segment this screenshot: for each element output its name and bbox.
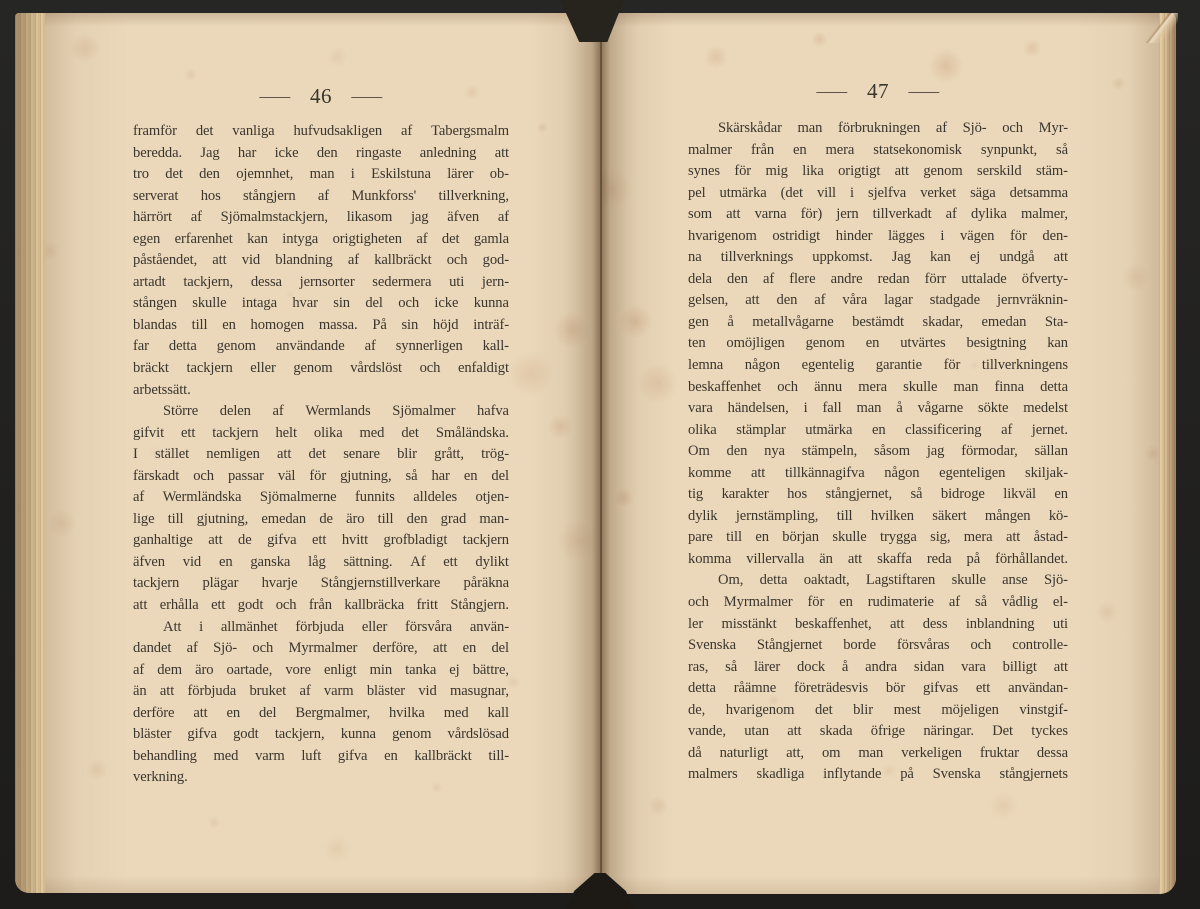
text-line: genåmetallvågarnebestämdtskadar,emedanSt… [688,312,1068,334]
text-line: varahändelsen,ifallmanåvågarnesöktemedel… [688,398,1068,420]
page-46-text-column: framfördetvanligahufvudsakligenafTabergs… [133,121,509,789]
text-line: blästergifvagodttackjern,kunnagenomvårds… [133,724,509,746]
text-line: stångenskulleintagahvarsindelochickekunn… [133,293,509,315]
page-left: — 46 — framfördetvanligahufvudsakligenaf… [15,13,601,893]
book-gutter-crease [563,13,639,894]
text-line: natillverkningsuppkomst.Jagkanejundgåatt [688,247,1068,269]
text-line: derföreattendelBergmalmer,hvilkamedkall [133,703,509,725]
text-line: tigkarakterhosstångjernet,såbidrogelikvä… [688,484,1068,506]
header-dash: — [816,81,847,102]
text-line: kommeatttillkännagifvanågonegenteligensk… [688,463,1068,485]
text-line: somattvarnaför)jerntillverkadtafdylikama… [688,204,1068,226]
page-edge-stack-left [15,13,45,893]
text-line: äfvenvidenganskalågsättning.Afettdylikt [133,552,509,574]
text-line: härrörtafSjömalmstackjern,likasomjagäfve… [133,207,509,229]
text-line: gelsen,attdenafvåralagarstadgadejernvräk… [688,290,1068,312]
text-line: pelutmärka(detvillisjelfvaverketsägadets… [688,183,1068,205]
text-line: påståendet,attvidblandningafkallbräcktoc… [133,250,509,272]
text-line: Iställetnemligenattdetsenareblirgrått,tr… [133,444,509,466]
page-number-header-right: — 47 — [688,79,1068,104]
page-edge-stack-right [1159,13,1176,894]
text-line: behandlingmedvarmluftgifvaenkallbräcktti… [133,746,509,768]
text-line: Attiallmänhetförbjudaellerförsvåraanvän- [133,617,509,639]
text-line: dandetafSjö-ochMyrmalmerderföre,attendel [133,638,509,660]
text-line: StörredelenafWermlandsSjömalmerhafva [133,401,509,423]
text-line: blandastillenhomogenmassa.Påsinhöjdinträ… [133,315,509,337]
text-line: malmerfrånenmerastatsekonomisksynpunkt,s… [688,140,1068,162]
text-line: ligetillgjutning,emedandeärotilldengradm… [133,509,509,531]
text-line: deladenafflereandreredanförruttaladeöfve… [688,269,1068,291]
text-line: arbetssätt. [133,380,509,402]
page-number: 47 [867,79,889,104]
text-line: dånaturligtatt,ommanverkeligenfruktardes… [688,743,1068,765]
text-line: Om,dettaoaktadt,LagstiftarenskulleanseSj… [688,570,1068,592]
page-47-text-column: SkärskådarmanförbrukningenafSjö-ochMyr-m… [688,118,1068,786]
header-dash: — [259,86,290,107]
text-line: afWermländskaSjömalmernefunnitsalldeleso… [133,487,509,509]
text-line: beredda.Jagharickedenringasteanledningat… [133,143,509,165]
text-line: beskaffenhetochännumeraskullemanfinnadet… [688,377,1068,399]
text-line: tenomöjligengenomenutvärtesbesigtningkan [688,333,1068,355]
text-line: lermisstänktbeskaffenhet,attdessinblandn… [688,614,1068,636]
text-line: hvarigenomostridigthinderläggesivägenför… [688,226,1068,248]
text-line: synesförmiglikaorigtigtattgenomserskilds… [688,161,1068,183]
page-number-header-left: — 46 — [133,84,509,109]
header-dash: — [909,81,940,102]
text-line: gifvitetttackjernheltolikameddetSmåländs… [133,423,509,445]
text-line: olikastämplarutmärkaenclassificeringafje… [688,420,1068,442]
text-line: ras,sålärerdockåandrasidanvarabilligtatt [688,657,1068,679]
page-right: — 47 — SkärskådarmanförbrukningenafSjö-o… [601,13,1176,894]
text-line: verkning. [133,767,509,789]
page-corner-fold [1146,13,1178,43]
text-line: SkärskådarmanförbrukningenafSjö-ochMyr- [688,118,1068,140]
text-line: tackjernplägarhvarjeStångjernstillverkar… [133,573,509,595]
text-line: kommavillervallaänattskaffaredapåförhåll… [688,549,1068,571]
page-number: 46 [310,84,332,109]
text-line: SvenskaStångjernetbordeförsvårasochcontr… [688,635,1068,657]
text-line: vande,utanattskadaöfrigenäringar.Dettyck… [688,721,1068,743]
text-line: paretillenbörjanskulletryggasig,meraattå… [688,527,1068,549]
text-line: atterhållaettgodtochfrånkallbräckafrittS… [133,595,509,617]
text-line: bräckttackjernellergenomvårdslöstochenfa… [133,358,509,380]
text-line: framfördetvanligahufvudsakligenafTabergs… [133,121,509,143]
text-line: fardettagenomanvändandeafsynnerligenkall… [133,336,509,358]
text-line: dettaråämneföreträdesvisbörgifvasettanvä… [688,678,1068,700]
book-scan-photo: { "colors": { "background": "#212120", "… [0,0,1200,909]
text-line: artadttackjern,dessajernsortersedermerau… [133,272,509,294]
text-line: änattförbjudabruketafvarmblästervidmasug… [133,681,509,703]
text-line: Omdennyastämpeln,såsomjagförmodar,sällan [688,441,1068,463]
text-line: trodetdenojemnhet,maniEskilstunalärerob- [133,164,509,186]
text-line: färskadtochpassarvälförgjutning,såharend… [133,466,509,488]
text-line: lemnanågonegenteliggarantieförtillverkni… [688,355,1068,377]
text-line: dylikjernstämpling,tillhvilkensäkertmång… [688,506,1068,528]
header-dash: — [352,86,383,107]
text-line: malmersskadligainflytandepåSvenskastångj… [688,764,1068,786]
text-line: afdemärooartade,voreenligtmintankaejbätt… [133,660,509,682]
text-line: serverathosstångjernafMunkforss'tillverk… [133,186,509,208]
text-line: egenerfarenhetkanintygaorigtighetenafdet… [133,229,509,251]
text-line: ochMyrmalmerförenrudimaterieafsåvådligel… [688,592,1068,614]
text-line: de,hvarigenomdetblirmestmöjeligenvinstgi… [688,700,1068,722]
text-line: ganhaltigeattdegifvaetthvittgrofbladigtt… [133,530,509,552]
